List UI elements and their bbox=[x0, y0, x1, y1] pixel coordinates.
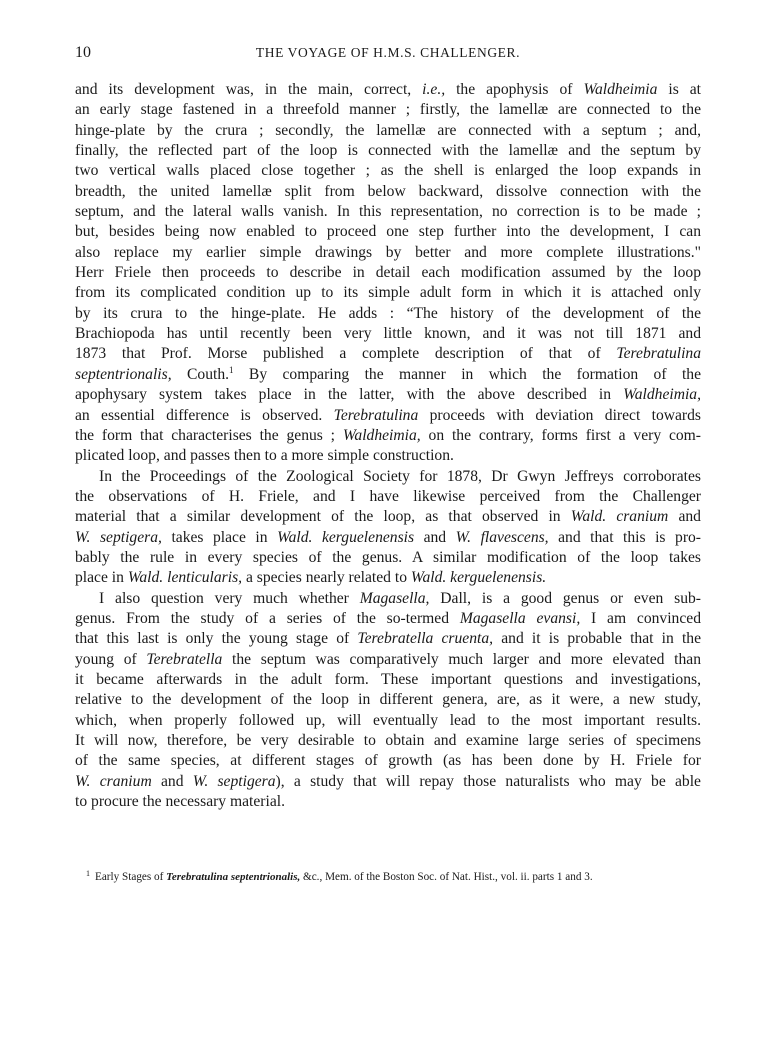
text-run: the observations of H. Friele, and I hav… bbox=[75, 488, 701, 505]
text-line: septentrionalis, Couth.1 By comparing th… bbox=[75, 365, 701, 385]
text-run: takes place in bbox=[162, 529, 277, 546]
italic-term: Terebratella cruenta, bbox=[357, 630, 493, 647]
footnote-title: Terebratulina septentrionalis, bbox=[166, 871, 300, 883]
text-run: and bbox=[152, 773, 193, 790]
text-run: It will now, therefore, be very desirabl… bbox=[75, 732, 701, 749]
text-run: the apophysis of bbox=[445, 81, 583, 98]
text-run: Couth. bbox=[172, 366, 229, 383]
italic-term: Terebratulina bbox=[334, 407, 419, 424]
text-run: of the same species, at different stages… bbox=[75, 752, 701, 769]
italic-term: Waldheimia bbox=[583, 81, 657, 98]
italic-term: W. septigera, bbox=[75, 529, 162, 546]
paragraph: I also question very much whether Magase… bbox=[75, 589, 701, 813]
text-run: the form that characterises the genus ; bbox=[75, 427, 343, 444]
text-run: I am convinced bbox=[580, 610, 701, 627]
italic-term: septentrionalis, bbox=[75, 366, 172, 383]
text-line: genus. From the study of a series of the… bbox=[75, 609, 701, 629]
text-line: it became afterwards in the adult form. … bbox=[75, 670, 701, 690]
text-run: but, besides being now enabled to procee… bbox=[75, 223, 701, 240]
text-line: breadth, the united lamellæ split from b… bbox=[75, 182, 701, 202]
text-line: W. septigera, takes place in Wald. kergu… bbox=[75, 528, 701, 548]
text-line: It will now, therefore, be very desirabl… bbox=[75, 731, 701, 751]
italic-term: W. cranium bbox=[75, 773, 152, 790]
text-run: bably the rule in every species of the g… bbox=[75, 549, 701, 566]
text-line: place in Wald. lenticularis, a species n… bbox=[75, 568, 701, 588]
text-run: plicated loop, and passes then to a more… bbox=[75, 447, 454, 464]
text-line: but, besides being now enabled to procee… bbox=[75, 222, 701, 242]
text-line: 1873 that Prof. Morse published a comple… bbox=[75, 344, 701, 364]
text-run: also replace my earlier simple drawings … bbox=[75, 244, 701, 261]
text-run: the septum was comparatively much larger… bbox=[222, 651, 701, 668]
italic-term: Magasella, bbox=[360, 590, 430, 607]
text-run: In the Proceedings of the Zoological Soc… bbox=[99, 468, 701, 485]
text-run: an early stage fastened in a threefold m… bbox=[75, 101, 701, 118]
text-run: and it is probable that in the bbox=[493, 630, 701, 647]
italic-term: Waldheimia, bbox=[623, 386, 701, 403]
text-run: finally, the reflected part of the loop … bbox=[75, 142, 701, 159]
text-run: and bbox=[668, 508, 701, 525]
text-line: I also question very much whether Magase… bbox=[75, 589, 701, 609]
text-line: material that a similar development of t… bbox=[75, 507, 701, 527]
text-run: a species nearly related to bbox=[242, 569, 411, 586]
italic-term: Terebratella bbox=[146, 651, 222, 668]
italic-term: Wald. lenticularis, bbox=[128, 569, 242, 586]
text-line: from its complicated condition up to its… bbox=[75, 283, 701, 303]
paragraph: In the Proceedings of the Zoological Soc… bbox=[75, 467, 701, 589]
text-run: young of bbox=[75, 651, 146, 668]
text-run: breadth, the united lamellæ split from b… bbox=[75, 183, 701, 200]
italic-term: W. flavescens, bbox=[456, 529, 549, 546]
text-run: by its crura to the hinge-plate. He adds… bbox=[75, 305, 701, 322]
italic-term: Wald. cranium bbox=[571, 508, 669, 525]
text-line: apophysary system takes place in the lat… bbox=[75, 385, 701, 405]
text-run: Brachiopoda has until recently been very… bbox=[75, 325, 701, 342]
body-text: and its development was, in the main, co… bbox=[75, 80, 701, 812]
text-line: to procure the necessary material. bbox=[75, 792, 701, 812]
text-run: two vertical walls placed close together… bbox=[75, 162, 701, 179]
running-head: 10 THE VOYAGE OF H.M.S. CHALLENGER. bbox=[75, 44, 701, 66]
text-line: the form that characterises the genus ; … bbox=[75, 426, 701, 446]
text-run: ), a study that will repay those natural… bbox=[276, 773, 701, 790]
text-run: proceeds with deviation direct towards bbox=[418, 407, 701, 424]
text-line: relative to the development of the loop … bbox=[75, 690, 701, 710]
text-line: an early stage fastened in a threefold m… bbox=[75, 100, 701, 120]
paragraph: and its development was, in the main, co… bbox=[75, 80, 701, 467]
text-run: septum, and the lateral walls vanish. In… bbox=[75, 203, 701, 220]
text-line: young of Terebratella the septum was com… bbox=[75, 650, 701, 670]
text-line: Herr Friele then proceeds to describe in… bbox=[75, 263, 701, 283]
text-run: I also question very much whether bbox=[99, 590, 360, 607]
italic-term: Terebratulina bbox=[616, 345, 701, 362]
text-run: genus. From the study of a series of the… bbox=[75, 610, 460, 627]
text-run: By comparing the manner in which the for… bbox=[234, 366, 701, 383]
text-run: an essential difference is observed. bbox=[75, 407, 334, 424]
text-line: bably the rule in every species of the g… bbox=[75, 548, 701, 568]
text-line: two vertical walls placed close together… bbox=[75, 161, 701, 181]
text-run: material that a similar development of t… bbox=[75, 508, 571, 525]
text-run: 1873 that Prof. Morse published a comple… bbox=[75, 345, 616, 362]
text-line: by its crura to the hinge-plate. He adds… bbox=[75, 304, 701, 324]
text-run: place in bbox=[75, 569, 128, 586]
text-line: W. cranium and W. septigera), a study th… bbox=[75, 772, 701, 792]
italic-term: Waldheimia, bbox=[343, 427, 421, 444]
text-line: plicated loop, and passes then to a more… bbox=[75, 446, 701, 466]
text-run: which, when properly followed up, will e… bbox=[75, 712, 701, 729]
text-line: an essential difference is observed. Ter… bbox=[75, 406, 701, 426]
text-line: Brachiopoda has until recently been very… bbox=[75, 324, 701, 344]
italic-term: i.e., bbox=[422, 81, 445, 98]
footnote: 1Early Stages of Terebratulina septentri… bbox=[86, 870, 706, 884]
text-run: Herr Friele then proceeds to describe in… bbox=[75, 264, 701, 281]
text-line: the observations of H. Friele, and I hav… bbox=[75, 487, 701, 507]
text-run: apophysary system takes place in the lat… bbox=[75, 386, 623, 403]
italic-term: Wald. kerguelenensis bbox=[277, 529, 414, 546]
text-run: from its complicated condition up to its… bbox=[75, 284, 701, 301]
text-line: finally, the reflected part of the loop … bbox=[75, 141, 701, 161]
text-line: and its development was, in the main, co… bbox=[75, 80, 701, 100]
text-line: also replace my earlier simple drawings … bbox=[75, 243, 701, 263]
text-run: and its development was, in the main, co… bbox=[75, 81, 422, 98]
text-run: and that this is pro- bbox=[549, 529, 701, 546]
text-line: of the same species, at different stages… bbox=[75, 751, 701, 771]
text-run: is at bbox=[657, 81, 701, 98]
text-line: hinge-plate by the crura ; secondly, the… bbox=[75, 121, 701, 141]
text-line: that this last is only the young stage o… bbox=[75, 629, 701, 649]
text-run: that this last is only the young stage o… bbox=[75, 630, 357, 647]
text-run: Dall, is a good genus or even sub- bbox=[429, 590, 701, 607]
footnote-suffix: &c., Mem. of the Boston Soc. of Nat. His… bbox=[300, 871, 592, 883]
running-title: THE VOYAGE OF H.M.S. CHALLENGER. bbox=[75, 45, 701, 61]
text-run: it became afterwards in the adult form. … bbox=[75, 671, 701, 688]
italic-term: Wald. kerguelenensis. bbox=[411, 569, 546, 586]
text-run: relative to the development of the loop … bbox=[75, 691, 701, 708]
italic-term: W. septigera bbox=[193, 773, 276, 790]
text-run: hinge-plate by the crura ; secondly, the… bbox=[75, 122, 701, 139]
text-line: septum, and the lateral walls vanish. In… bbox=[75, 202, 701, 222]
text-run: and bbox=[414, 529, 456, 546]
footnote-prefix: Early Stages of bbox=[95, 871, 166, 883]
text-line: In the Proceedings of the Zoological Soc… bbox=[75, 467, 701, 487]
text-run: to procure the necessary material. bbox=[75, 793, 285, 810]
text-line: which, when properly followed up, will e… bbox=[75, 711, 701, 731]
footnote-marker: 1 bbox=[86, 869, 90, 878]
text-run: on the contrary, forms first a very com- bbox=[421, 427, 701, 444]
italic-term: Magasella evansi, bbox=[460, 610, 580, 627]
